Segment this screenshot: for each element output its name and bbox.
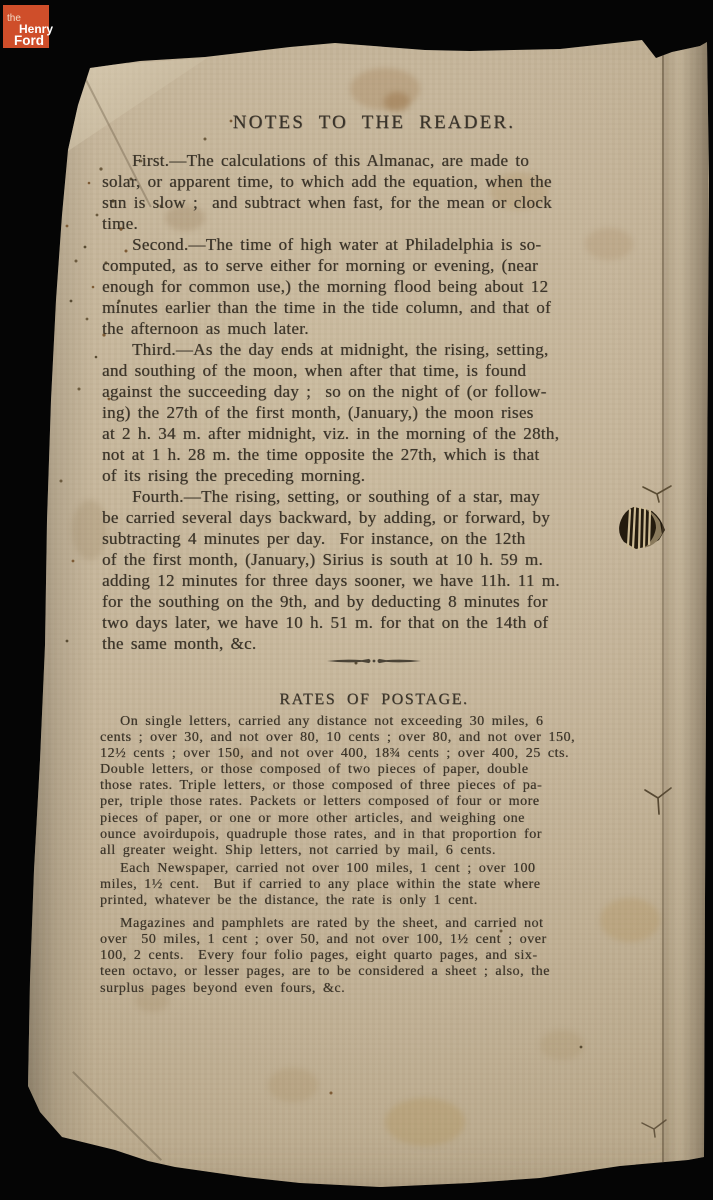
postage-paragraph-letters: On single letters, carried any distance … (100, 714, 648, 859)
logo-ford: Ford (14, 34, 44, 48)
stain (268, 1068, 318, 1102)
postage-paragraph-magazines: Magazines and pamphlets are rated by the… (100, 916, 648, 996)
scan-background: NOTES TO THE READER. First.—The calculat… (0, 0, 713, 1200)
postage-title: RATES OF POSTAGE. (100, 691, 648, 709)
postage-section: On single letters, carried any distance … (100, 714, 648, 997)
notes-paragraph-third: Third.—As the day ends at midnight, the … (102, 339, 650, 486)
stain (540, 1030, 584, 1060)
foxing-spots (0, 0, 2, 2)
notes-title: NOTES TO THE READER. (100, 112, 648, 134)
notes-paragraph-fourth: Fourth.—The rising, setting, or southing… (102, 486, 650, 654)
almanac-page: NOTES TO THE READER. First.—The calculat… (0, 0, 713, 1200)
left-edge-shading (24, 40, 94, 1160)
stain (384, 92, 410, 112)
postage-paragraph-newspapers: Each Newspaper, carried not over 100 mil… (100, 861, 648, 909)
notes-paragraph-first: First.—The calculations of this Almanac,… (102, 150, 650, 234)
notes-paragraph-second: Second.—The time of high water at Philad… (102, 234, 650, 339)
henry-ford-logo: the Henry Ford (3, 5, 49, 48)
notes-section: First.—The calculations of this Almanac,… (102, 150, 650, 654)
section-divider-ornament (100, 653, 648, 671)
stain (385, 1098, 465, 1146)
page-fold-panel (664, 40, 708, 1162)
